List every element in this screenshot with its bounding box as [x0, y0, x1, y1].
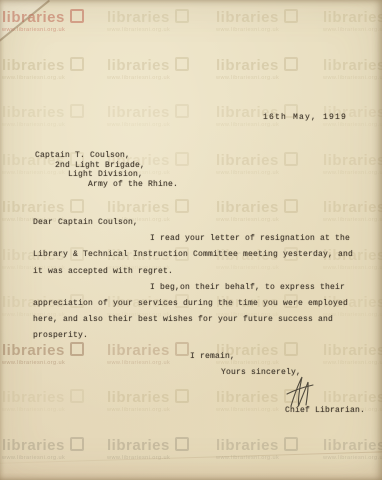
body-line-6: here, and also their best wishes for you…: [33, 315, 333, 324]
body-line-2: Library & Technical Instruction Committe…: [33, 250, 353, 259]
date-line: 16th May, 1919: [263, 113, 347, 122]
body-line-3: it was accepted with regret.: [33, 267, 173, 276]
salutation-line: Dear Captain Coulson,: [33, 218, 138, 227]
body-line-7: prosperity.: [33, 331, 88, 340]
recipient-line-1: Captain T. Coulson,: [35, 151, 130, 160]
body-line-5: appreciation of your services during the…: [33, 299, 348, 308]
letter-content: 16th May, 1919 Captain T. Coulson, 2nd L…: [0, 0, 382, 480]
signature-scribble: [284, 375, 316, 409]
closing-line-1: I remain,: [190, 352, 235, 361]
body-line-4: I beg,on their behalf, to express their: [150, 283, 345, 292]
body-line-1: I read your letter of resignation at the: [150, 234, 350, 243]
recipient-line-4: Army of the Rhine.: [88, 180, 178, 189]
recipient-line-2: 2nd Light Brigade,: [55, 161, 145, 170]
recipient-line-3: Light Division,: [68, 170, 143, 179]
scanned-letter-page: librarieswww.librariesni.org.uklibraries…: [0, 0, 382, 480]
